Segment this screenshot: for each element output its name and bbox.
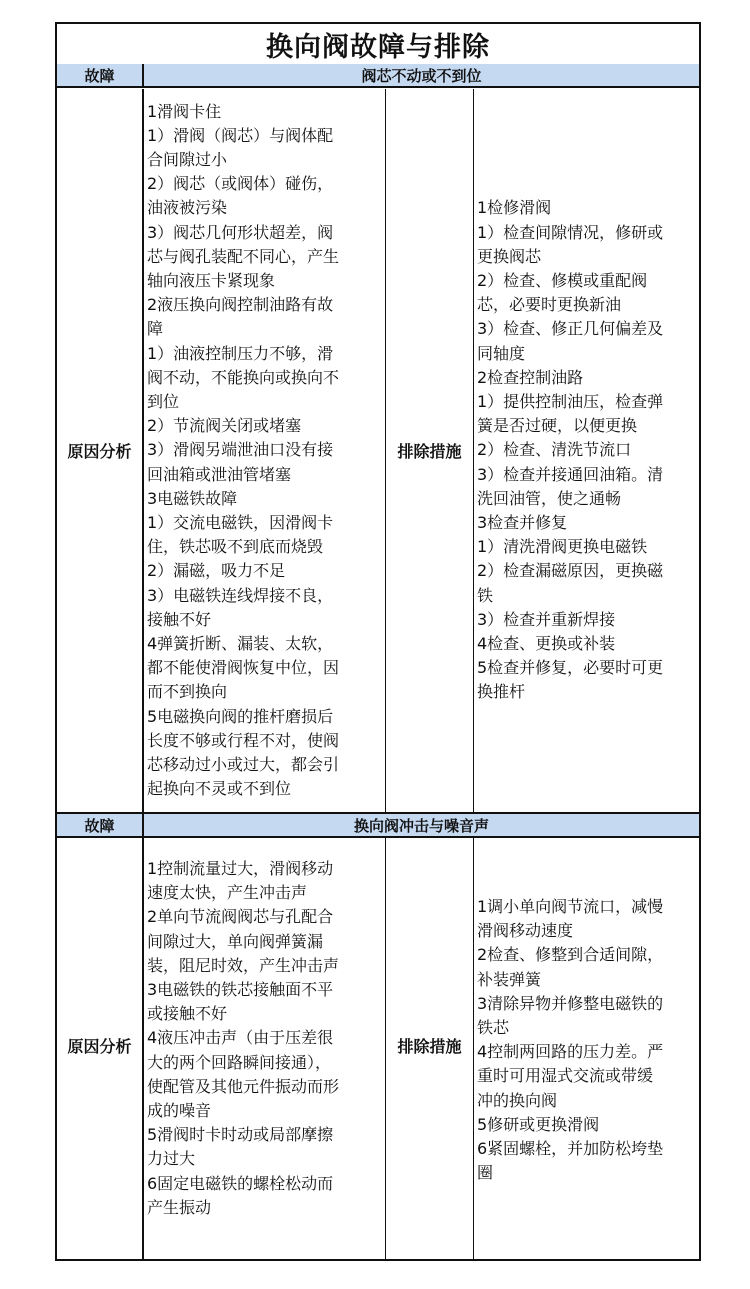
text-line: 3）检查并重新焊接	[477, 608, 696, 632]
text-line: 簧是否过硬，以便更换	[477, 414, 696, 438]
text-line: 芯移动过小或过大，都会引	[147, 753, 381, 777]
text-line: 装，阻尼时效，产生冲击声	[147, 954, 381, 978]
text-line: 同轴度	[477, 342, 696, 366]
text-line: 换推杆	[477, 680, 696, 704]
text-line: 轴向液压卡紧现象	[147, 269, 381, 293]
text-line: 成的噪音	[147, 1099, 381, 1123]
text-line: 合间隙过小	[147, 148, 381, 172]
text-line: 6紧固螺栓，并加防松垮垫	[477, 1137, 696, 1161]
page-title: 换向阀故障与排除	[57, 24, 699, 66]
text-line: 冲的换向阀	[477, 1089, 696, 1113]
text-line: 3电磁铁故障	[147, 487, 381, 511]
text-line: 圈	[477, 1161, 696, 1185]
cause-label: 原因分析	[57, 89, 144, 812]
text-line: 2检查控制油路	[477, 366, 696, 390]
text-line: 1）油液控制压力不够，滑	[147, 342, 381, 366]
text-line: 1）提供控制油压，检查弹	[477, 390, 696, 414]
text-line: 1检修滑阀	[477, 196, 696, 220]
text-line: 2液压换向阀控制油路有故	[147, 293, 381, 317]
text-line: 芯，必要时更换新油	[477, 293, 696, 317]
text-line: 5检查并修复，必要时可更	[477, 656, 696, 680]
fault-label: 故障	[57, 64, 144, 86]
section-header-1: 故障 阀芯不动或不到位	[57, 64, 699, 88]
text-line: 4控制两回路的压力差。严	[477, 1040, 696, 1064]
text-line: 6固定电磁铁的螺栓松动而	[147, 1172, 381, 1196]
text-line: 3清除异物并修整电磁铁的	[477, 992, 696, 1016]
cause-label: 原因分析	[57, 838, 144, 1259]
fault-table: 换向阀故障与排除 故障 阀芯不动或不到位 原因分析 1滑阀卡住1）滑阀（阀芯）与…	[55, 22, 701, 1261]
text-line: 4弹簧折断、漏装、太软，	[147, 632, 381, 656]
text-line: 1滑阀卡住	[147, 100, 381, 124]
text-line: 接触不好	[147, 608, 381, 632]
text-line: 速度太快，产生冲击声	[147, 881, 381, 905]
text-line: 产生振动	[147, 1196, 381, 1220]
text-line: 长度不够或行程不对，使阀	[147, 729, 381, 753]
text-line: 铁芯	[477, 1016, 696, 1040]
text-line: 间隙过大，单向阀弹簧漏	[147, 930, 381, 954]
remedy-label: 排除措施	[386, 89, 474, 812]
text-line: 3）检查、修正几何偏差及	[477, 317, 696, 341]
text-line: 1）滑阀（阀芯）与阀体配	[147, 124, 381, 148]
text-line: 油液被污染	[147, 196, 381, 220]
text-line: 或接触不好	[147, 1002, 381, 1026]
text-line: 2）检查、清洗节流口	[477, 438, 696, 462]
text-line: 3）检查并接通回油箱。清	[477, 463, 696, 487]
text-line: 2）检查漏磁原因，更换磁	[477, 559, 696, 583]
remedy-list: 1检修滑阀1）检查间隙情况，修研或更换阀芯2）检查、修模或重配阀芯，必要时更换新…	[474, 89, 699, 812]
text-line: 而不到换向	[147, 680, 381, 704]
text-line: 2）阀芯（或阀体）碰伤，	[147, 172, 381, 196]
text-line: 芯与阀孔装配不同心，产生	[147, 245, 381, 269]
section-body-1: 原因分析 1滑阀卡住1）滑阀（阀芯）与阀体配合间隙过小2）阀芯（或阀体）碰伤，油…	[57, 89, 699, 814]
text-line: 1控制流量过大，滑阀移动	[147, 857, 381, 881]
fault-name: 换向阀冲击与噪音声	[144, 814, 699, 836]
text-line: 重时可用湿式交流或带缓	[477, 1064, 696, 1088]
text-line: 回油箱或泄油管堵塞	[147, 463, 381, 487]
text-line: 5电磁换向阀的推杆磨损后	[147, 705, 381, 729]
cause-list: 1控制流量过大，滑阀移动速度太快，产生冲击声2单向节流阀阀芯与孔配合间隙过大，单…	[144, 838, 386, 1259]
text-line: 3电磁铁的铁芯接触面不平	[147, 978, 381, 1002]
text-line: 滑阀移动速度	[477, 919, 696, 943]
text-line: 3检查并修复	[477, 511, 696, 535]
text-line: 更换阀芯	[477, 245, 696, 269]
text-line: 2）节流阀关闭或堵塞	[147, 414, 381, 438]
text-line: 阀不动，不能换向或换向不	[147, 366, 381, 390]
text-line: 3）滑阀另端泄油口没有接	[147, 438, 381, 462]
text-line: 障	[147, 317, 381, 341]
text-line: 5滑阀时卡时动或局部摩擦	[147, 1123, 381, 1147]
cause-list: 1滑阀卡住1）滑阀（阀芯）与阀体配合间隙过小2）阀芯（或阀体）碰伤，油液被污染3…	[144, 89, 386, 812]
text-line: 住，铁芯吸不到底而烧毁	[147, 535, 381, 559]
text-line: 1调小单向阀节流口，减慢	[477, 895, 696, 919]
text-line: 4检查、更换或补装	[477, 632, 696, 656]
text-line: 1）交流电磁铁，因滑阀卡	[147, 511, 381, 535]
text-line: 4液压冲击声（由于压差很	[147, 1026, 381, 1050]
fault-label: 故障	[57, 814, 144, 836]
text-line: 力过大	[147, 1147, 381, 1171]
text-line: 使配管及其他元件振动而形	[147, 1075, 381, 1099]
text-line: 3）电磁铁连线焊接不良，	[147, 584, 381, 608]
section-body-2: 原因分析 1控制流量过大，滑阀移动速度太快，产生冲击声2单向节流阀阀芯与孔配合间…	[57, 838, 699, 1259]
text-line: 铁	[477, 584, 696, 608]
remedy-list: 1调小单向阀节流口，减慢滑阀移动速度2检查、修整到合适间隙，补装弹簧3清除异物并…	[474, 838, 699, 1259]
text-line: 5修研或更换滑阀	[477, 1113, 696, 1137]
text-line: 到位	[147, 390, 381, 414]
section-header-2: 故障 换向阀冲击与噪音声	[57, 814, 699, 838]
text-line: 1）检查间隙情况，修研或	[477, 221, 696, 245]
text-line: 2检查、修整到合适间隙，	[477, 943, 696, 967]
text-line: 补装弹簧	[477, 968, 696, 992]
text-line: 2）漏磁，吸力不足	[147, 559, 381, 583]
text-line: 大的两个回路瞬间接通），	[147, 1051, 381, 1075]
text-line: 2单向节流阀阀芯与孔配合	[147, 905, 381, 929]
text-line: 2）检查、修模或重配阀	[477, 269, 696, 293]
text-line: 1）清洗滑阀更换电磁铁	[477, 535, 696, 559]
fault-name: 阀芯不动或不到位	[144, 64, 699, 86]
text-line: 起换向不灵或不到位	[147, 777, 381, 801]
text-line: 洗回油管，使之通畅	[477, 487, 696, 511]
text-line: 都不能使滑阀恢复中位，因	[147, 656, 381, 680]
text-line: 3）阀芯几何形状超差，阀	[147, 221, 381, 245]
remedy-label: 排除措施	[386, 838, 474, 1259]
